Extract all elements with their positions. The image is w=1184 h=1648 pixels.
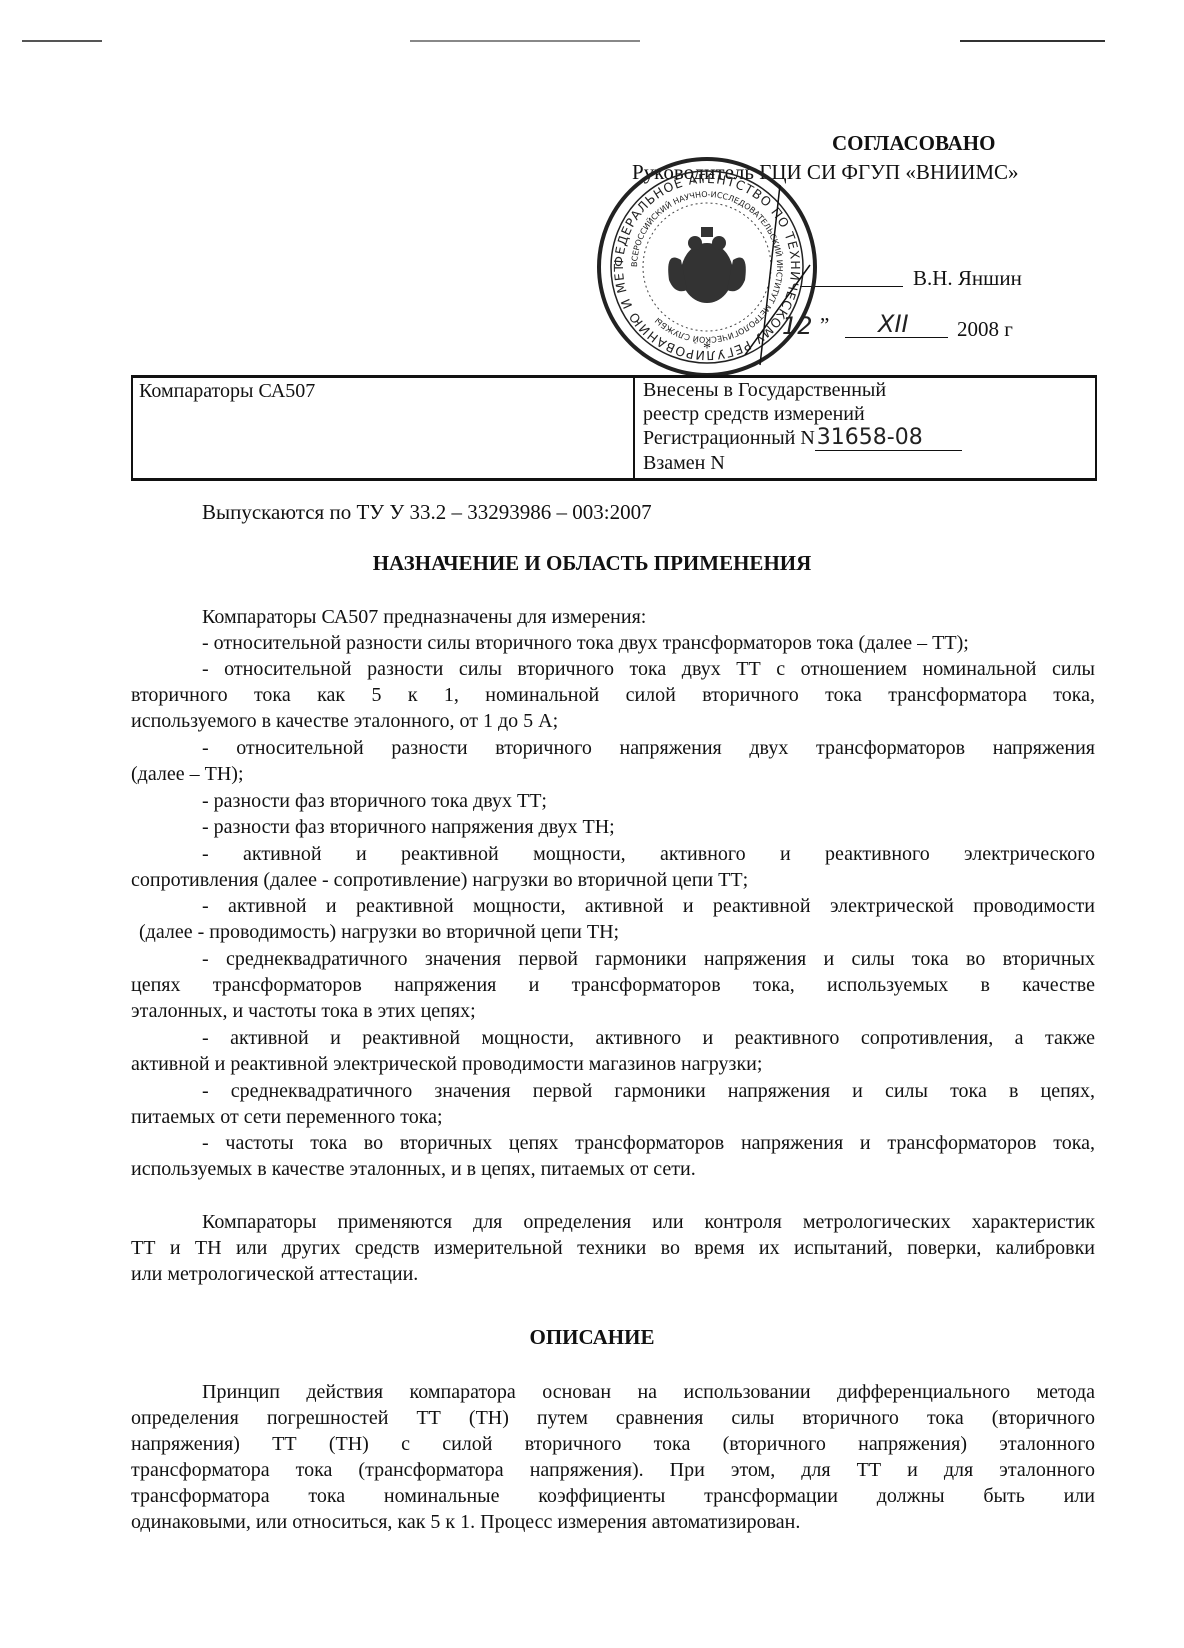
date-quote: ” xyxy=(820,312,829,338)
purpose-item: - среднеквадратичного значения первой га… xyxy=(202,946,1095,972)
table-divider xyxy=(633,378,635,478)
description-line: определения погрешностей ТТ (ТН) путем с… xyxy=(131,1405,1095,1431)
purpose-item: - активной и реактивной мощности, активн… xyxy=(202,1025,1095,1051)
registry-table: Компараторы СА507 Внесены в Государствен… xyxy=(131,375,1097,481)
purpose-item-cont: используемого в качестве эталонного, от … xyxy=(131,708,558,734)
purpose-item-cont: питаемых от сети переменного тока; xyxy=(131,1104,443,1130)
purpose-item: - относительной разности вторичного напр… xyxy=(202,735,1095,761)
registration-number: 31658-08 xyxy=(815,426,962,451)
purpose-item: - частоты тока во вторичных цепях трансф… xyxy=(202,1130,1095,1156)
application-paragraph-line: Компараторы применяются для определения … xyxy=(202,1209,1095,1235)
scan-artifact-line xyxy=(22,40,102,42)
purpose-item-cont: (далее – ТН); xyxy=(131,761,244,787)
purpose-item-cont: вторичного тока как 5 к 1, номинальной с… xyxy=(131,682,1095,708)
purpose-item-cont: активной и реактивной электрической пров… xyxy=(131,1051,762,1077)
application-paragraph-line: или метрологической аттестации. xyxy=(131,1261,418,1287)
specification-line: Выпускаются по ТУ У 33.2 – 33293986 – 00… xyxy=(202,499,652,525)
approval-title: СОГЛАСОВАНО xyxy=(832,131,995,156)
date-month: XII xyxy=(878,310,909,338)
purpose-item: - активной и реактивной мощности, активн… xyxy=(202,893,1095,919)
purpose-item-cont: (далее - проводимость) нагрузки во втори… xyxy=(139,919,619,945)
application-paragraph-line: ТТ и ТН или других средств измерительной… xyxy=(131,1235,1095,1261)
registration-row: Регистрационный N31658-08 xyxy=(643,426,962,451)
purpose-item: - активной и реактивной мощности, активн… xyxy=(202,841,1095,867)
document-page: СОГЛАСОВАНО Руководитель ГЦИ СИ ФГУП «ВН… xyxy=(0,0,1184,1648)
description-line: трансформатора тока номинальные коэффици… xyxy=(131,1483,1095,1509)
registry-info: Внесены в Государственный реестр средств… xyxy=(643,378,962,475)
replaces-label: Взамен N xyxy=(643,451,962,475)
scan-artifact-line xyxy=(960,40,1105,42)
registry-line-1: Внесены в Государственный xyxy=(643,378,962,402)
purpose-item-cont: цепях трансформаторов напряжения и транс… xyxy=(131,972,1095,998)
svg-text:*: * xyxy=(703,340,711,357)
description-line: напряжения) ТТ (ТН) с силой вторичного т… xyxy=(131,1431,1095,1457)
purpose-item-cont: используемых в качестве эталонных, и в ц… xyxy=(131,1156,696,1182)
registry-line-2: реестр средств измерений xyxy=(643,402,962,426)
purpose-item: - относительной разности силы вторичного… xyxy=(202,656,1095,682)
purpose-item-cont: сопротивления (далее - сопротивление) на… xyxy=(131,867,748,893)
description-line: Принцип действия компаратора основан на … xyxy=(202,1379,1095,1405)
official-seal-stamp-icon: ФЕДЕРАЛЬНОЕ АГЕНТСТВО ПО ТЕХНИЧЕСКОМУ РЕ… xyxy=(595,155,820,380)
purpose-item: - среднеквадратичного значения первой га… xyxy=(202,1078,1095,1104)
purpose-intro: Компараторы СА507 предназначены для изме… xyxy=(202,604,646,630)
signatory-name: В.Н. Яншин xyxy=(913,265,1022,291)
registration-label: Регистрационный N xyxy=(643,427,815,449)
purpose-item: - разности фаз вторичного напряжения дву… xyxy=(202,814,615,840)
description-line: трансформатора тока (трансформатора напр… xyxy=(131,1457,1095,1483)
purpose-item-cont: эталонных, и частоты тока в этих цепях; xyxy=(131,998,476,1024)
purpose-item: - относительной разности силы вторичного… xyxy=(202,630,969,656)
date-year: 2008 г xyxy=(957,316,1013,342)
product-name: Компараторы СА507 xyxy=(139,380,315,403)
scan-artifact-line xyxy=(410,40,640,42)
purpose-item: - разности фаз вторичного тока двух ТТ; xyxy=(202,788,547,814)
section-heading-description: ОПИСАНИЕ xyxy=(0,1325,1184,1350)
section-heading-purpose: НАЗНАЧЕНИЕ И ОБЛАСТЬ ПРИМЕНЕНИЯ xyxy=(0,551,1184,576)
description-line: одинаковыми, или относиться, как 5 к 1. … xyxy=(131,1509,800,1535)
